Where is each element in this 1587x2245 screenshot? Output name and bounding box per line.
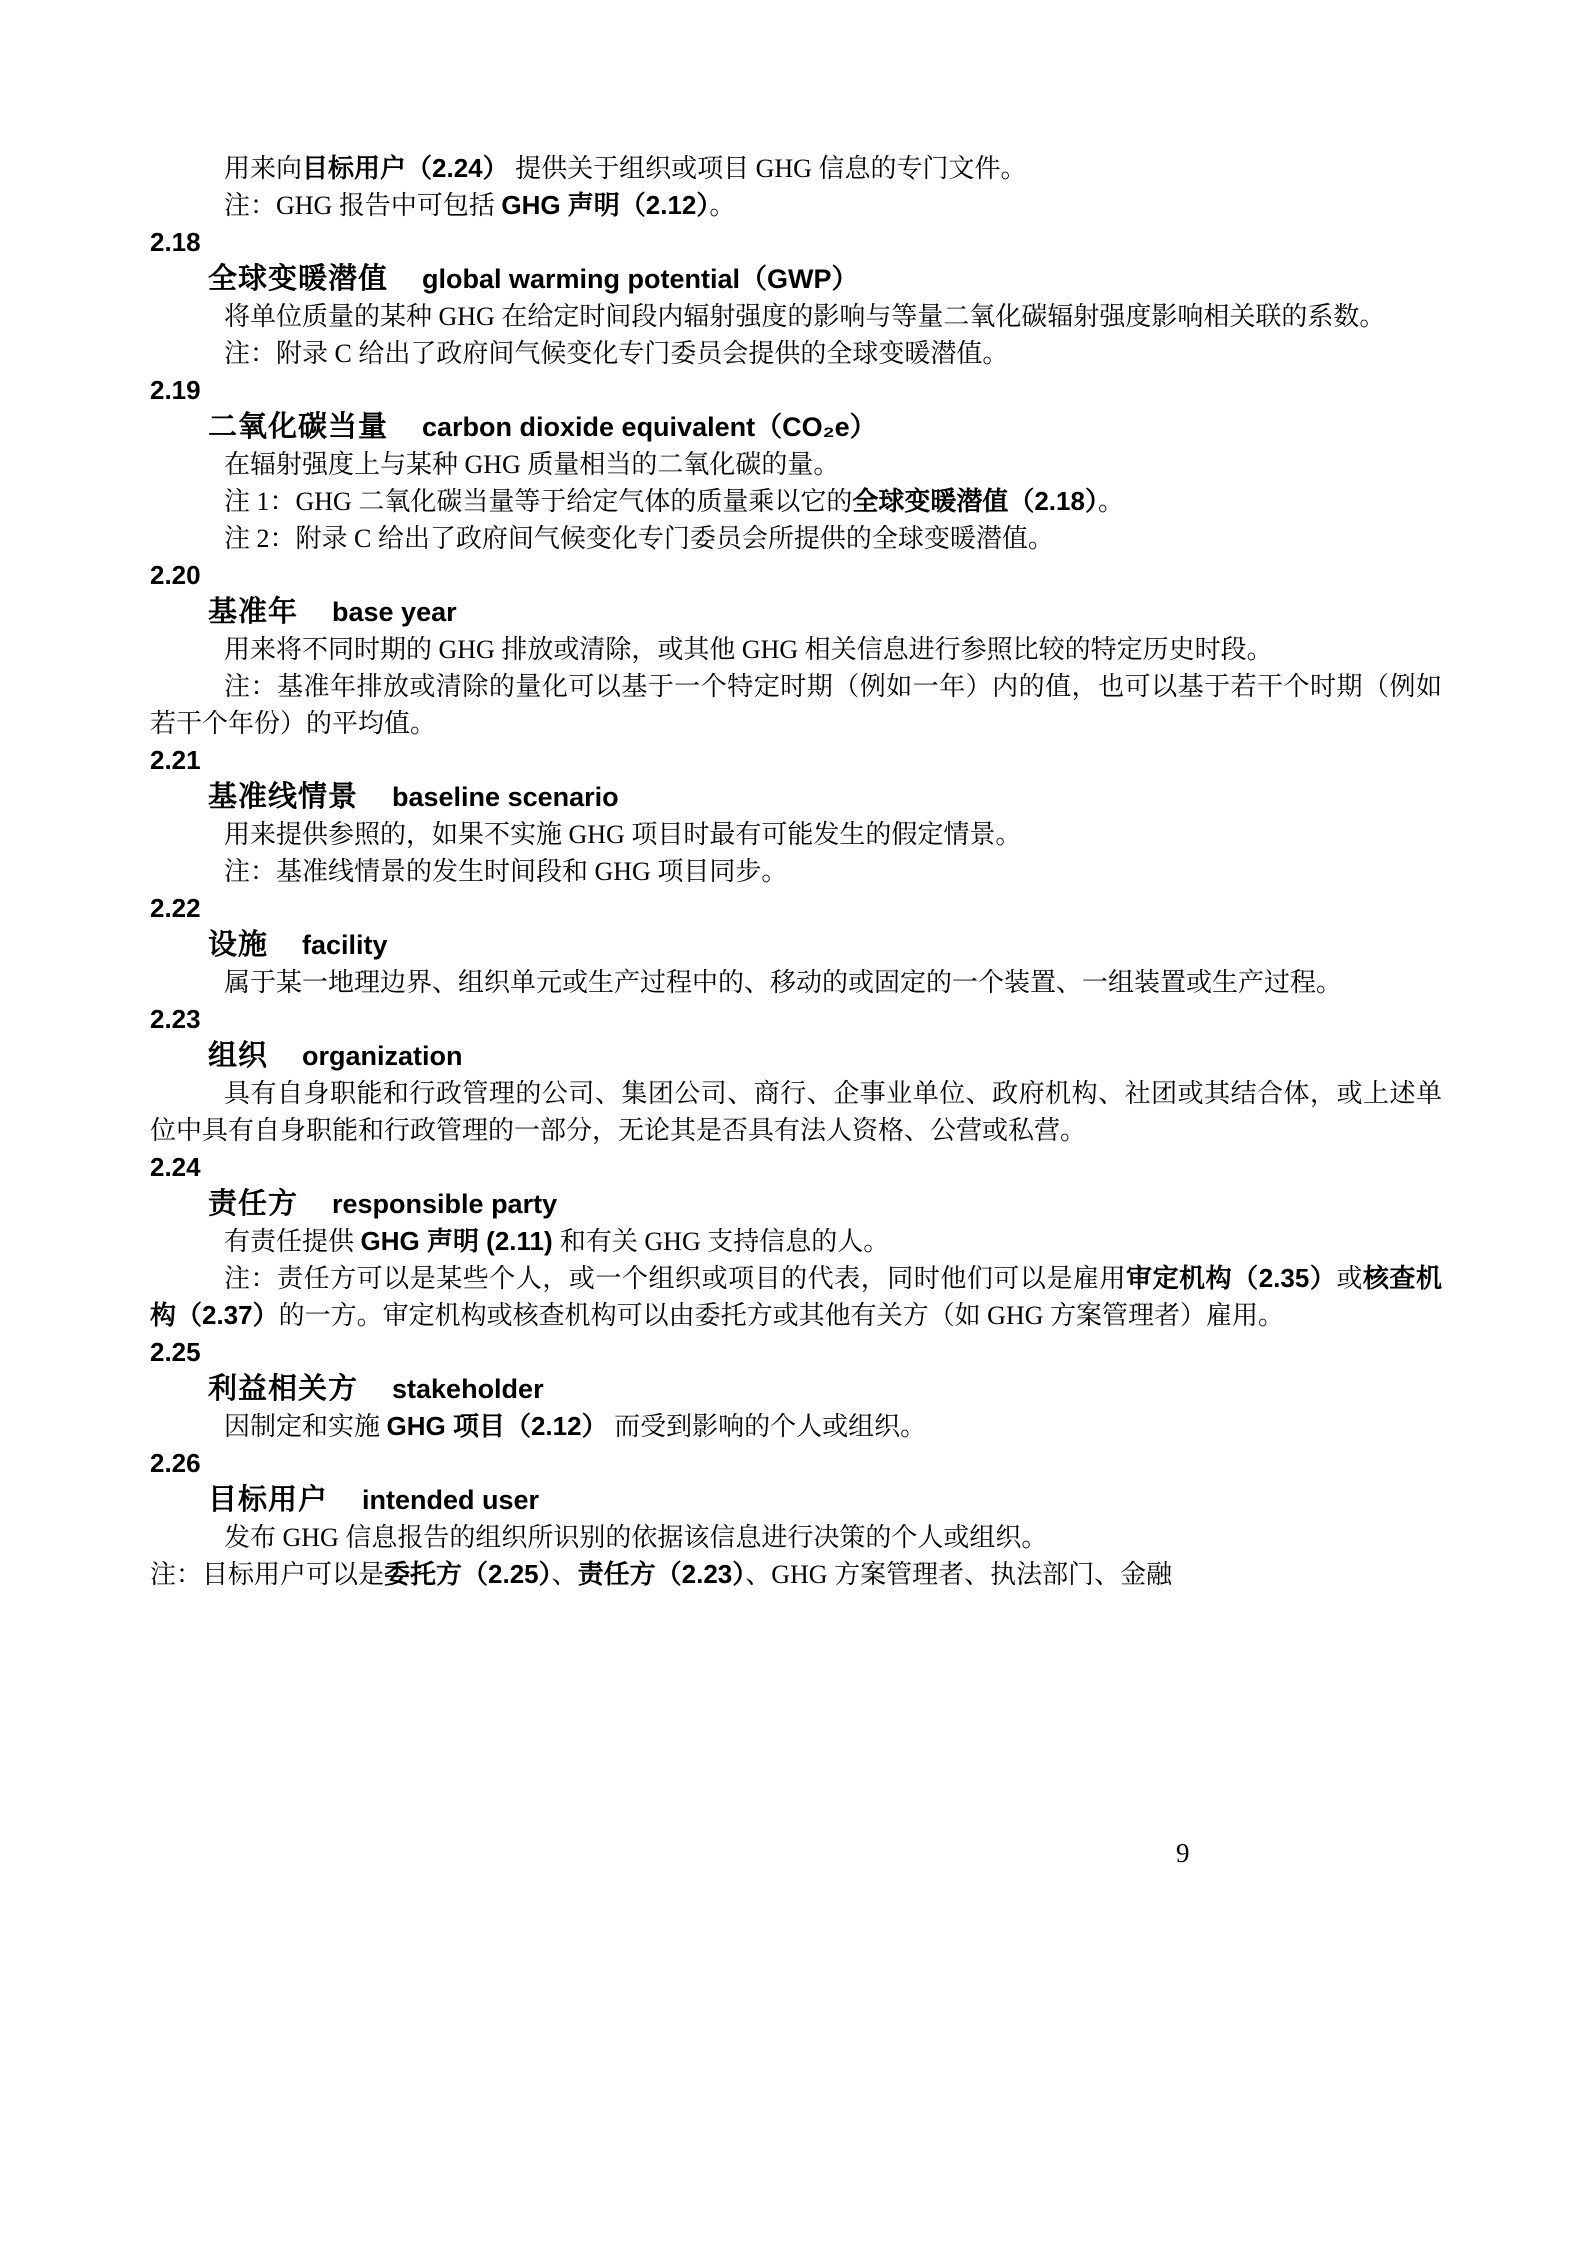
bold-term-ref: GHG 项目（2.12） <box>387 1411 608 1441</box>
bold-term-ref: GHG 声明（2.12） <box>501 190 709 220</box>
term-english: stakeholder <box>392 1374 544 1404</box>
document-content: 用来向目标用户（2.24） 提供关于组织或项目 GHG 信息的专门文件。 注：G… <box>150 150 1442 1593</box>
bold-term-ref: GHG 声明 (2.11) <box>361 1226 560 1256</box>
definition-paragraph: 属于某一地理边界、组织单元或生产过程中的、移动的或固定的一个装置、一组装置或生产… <box>150 964 1442 1001</box>
document-page: 用来向目标用户（2.24） 提供关于组织或项目 GHG 信息的专门文件。 注：G… <box>0 0 1587 2245</box>
section-number: 2.26 <box>150 1445 1442 1482</box>
note-text: 注：GHG 报告中可包括 <box>224 191 501 220</box>
term-chinese: 责任方 <box>208 1188 298 1220</box>
note-text: 、GHG 方案管理者、执法部门、金融 <box>745 1560 1172 1589</box>
note-paragraph: 注：基准线情景的发生时间段和 GHG 项目同步。 <box>150 853 1442 890</box>
bold-term-ref: 目标用户（2.24） <box>302 153 509 183</box>
term-english: carbon dioxide equivalent（CO₂e） <box>422 412 877 442</box>
term-english: intended user <box>362 1485 539 1515</box>
term-chinese: 二氧化碳当量 <box>208 411 388 443</box>
note-text: 的一方。审定机构或核查机构可以由委托方或其他有关方（如 GHG 方案管理者）雇用… <box>279 1301 1284 1330</box>
term-chinese: 设施 <box>208 929 268 961</box>
note-paragraph: 注：基准年排放或清除的量化可以基于一个特定时期（例如一年）内的值，也可以基于若干… <box>150 668 1442 742</box>
term-chinese: 基准线情景 <box>208 781 358 813</box>
definition-paragraph: 将单位质量的某种 GHG 在给定时间段内辐射强度的影响与等量二氧化碳辐射强度影响… <box>150 298 1442 335</box>
bold-term-ref: 委托方（2.25） <box>384 1559 552 1589</box>
definition-paragraph: 具有自身职能和行政管理的公司、集团公司、商行、企事业单位、政府机构、社团或其结合… <box>150 1075 1442 1149</box>
term-chinese: 组织 <box>208 1040 268 1072</box>
section-2-20: 2.20 基准年base year 用来将不同时期的 GHG 排放或清除，或其他… <box>150 557 1442 742</box>
term-heading: 组织organization <box>150 1038 1442 1075</box>
note-text: 。 <box>709 191 735 220</box>
section-number: 2.21 <box>150 742 1442 779</box>
note-paragraph: 注：GHG 报告中可包括 GHG 声明（2.12）。 <box>150 187 1442 224</box>
note-text: 。 <box>1098 487 1124 516</box>
bold-term-ref: 审定机构（2.35） <box>1126 1263 1336 1293</box>
term-chinese: 全球变暖潜值 <box>208 263 388 295</box>
term-heading: 二氧化碳当量carbon dioxide equivalent（CO₂e） <box>150 409 1442 446</box>
definition-text: 和有关 GHG 支持信息的人。 <box>560 1227 889 1256</box>
term-english: base year <box>332 597 457 627</box>
term-heading: 利益相关方stakeholder <box>150 1371 1442 1408</box>
section-2-22: 2.22 设施facility 属于某一地理边界、组织单元或生产过程中的、移动的… <box>150 890 1442 1001</box>
definition-text: 而受到影响的个人或组织。 <box>608 1412 927 1441</box>
note-text: 注：目标用户可以是 <box>150 1560 384 1589</box>
page-number: 9 <box>1176 1838 1190 1869</box>
section-number: 2.19 <box>150 372 1442 409</box>
definition-paragraph: 用来提供参照的，如果不实施 GHG 项目时最有可能发生的假定情景。 <box>150 816 1442 853</box>
section-2-19: 2.19 二氧化碳当量carbon dioxide equivalent（CO₂… <box>150 372 1442 557</box>
section-2-24: 2.24 责任方responsible party 有责任提供 GHG 声明 (… <box>150 1149 1442 1334</box>
definition-paragraph: 用来将不同时期的 GHG 排放或清除，或其他 GHG 相关信息进行参照比较的特定… <box>150 631 1442 668</box>
term-heading: 基准线情景baseline scenario <box>150 779 1442 816</box>
definition-paragraph: 在辐射强度上与某种 GHG 质量相当的二氧化碳的量。 <box>150 446 1442 483</box>
term-heading: 基准年base year <box>150 594 1442 631</box>
term-english: facility <box>302 930 388 960</box>
note-text: 、 <box>552 1560 578 1589</box>
definition-paragraph: 有责任提供 GHG 声明 (2.11) 和有关 GHG 支持信息的人。 <box>150 1223 1442 1260</box>
section-number: 2.23 <box>150 1001 1442 1038</box>
note-text: 注：责任方可以是某些个人，或一个组织或项目的代表，同时他们可以是雇用 <box>224 1264 1126 1293</box>
term-heading: 责任方responsible party <box>150 1186 1442 1223</box>
term-heading: 目标用户intended user <box>150 1482 1442 1519</box>
definition-text: 用来向 <box>224 154 302 183</box>
term-english: organization <box>302 1041 463 1071</box>
term-heading: 设施facility <box>150 927 1442 964</box>
section-2-21: 2.21 基准线情景baseline scenario 用来提供参照的，如果不实… <box>150 742 1442 890</box>
note-paragraph: 注：目标用户可以是委托方（2.25）、责任方（2.23）、GHG 方案管理者、执… <box>150 1556 1442 1593</box>
term-chinese: 目标用户 <box>208 1484 328 1516</box>
section-2-17-continuation: 用来向目标用户（2.24） 提供关于组织或项目 GHG 信息的专门文件。 注：G… <box>150 150 1442 224</box>
section-number: 2.25 <box>150 1334 1442 1371</box>
term-heading: 全球变暖潜值global warming potential（GWP） <box>150 261 1442 298</box>
definition-text: 提供关于组织或项目 GHG 信息的专门文件。 <box>509 154 1027 183</box>
note-paragraph: 注：责任方可以是某些个人，或一个组织或项目的代表，同时他们可以是雇用审定机构（2… <box>150 1260 1442 1334</box>
section-2-25: 2.25 利益相关方stakeholder 因制定和实施 GHG 项目（2.12… <box>150 1334 1442 1445</box>
definition-text: 因制定和实施 <box>224 1412 387 1441</box>
definition-paragraph: 因制定和实施 GHG 项目（2.12） 而受到影响的个人或组织。 <box>150 1408 1442 1445</box>
section-number: 2.22 <box>150 890 1442 927</box>
section-2-18: 2.18 全球变暖潜值global warming potential（GWP）… <box>150 224 1442 372</box>
bold-term-ref: 全球变暖潜值（2.18） <box>852 486 1098 516</box>
section-number: 2.18 <box>150 224 1442 261</box>
bold-term-ref: 责任方（2.23） <box>578 1559 746 1589</box>
term-chinese: 基准年 <box>208 596 298 628</box>
term-english: global warming potential（GWP） <box>422 264 859 294</box>
section-number: 2.24 <box>150 1149 1442 1186</box>
term-english: baseline scenario <box>392 782 619 812</box>
definition-paragraph: 发布 GHG 信息报告的组织所识别的依据该信息进行决策的个人或组织。 <box>150 1519 1442 1556</box>
note-paragraph: 注：附录 C 给出了政府间气候变化专门委员会提供的全球变暖潜值。 <box>150 335 1442 372</box>
term-english: responsible party <box>332 1189 557 1219</box>
term-chinese: 利益相关方 <box>208 1373 358 1405</box>
note-text: 或 <box>1336 1264 1363 1293</box>
section-number: 2.20 <box>150 557 1442 594</box>
note-paragraph: 注 1：GHG 二氧化碳当量等于给定气体的质量乘以它的全球变暖潜值（2.18）。 <box>150 483 1442 520</box>
note-text: 注 1：GHG 二氧化碳当量等于给定气体的质量乘以它的 <box>224 487 852 516</box>
section-2-26: 2.26 目标用户intended user 发布 GHG 信息报告的组织所识别… <box>150 1445 1442 1593</box>
definition-text: 有责任提供 <box>224 1227 361 1256</box>
definition-paragraph: 用来向目标用户（2.24） 提供关于组织或项目 GHG 信息的专门文件。 <box>150 150 1442 187</box>
section-2-23: 2.23 组织organization 具有自身职能和行政管理的公司、集团公司、… <box>150 1001 1442 1149</box>
note-paragraph: 注 2：附录 C 给出了政府间气候变化专门委员会所提供的全球变暖潜值。 <box>150 520 1442 557</box>
